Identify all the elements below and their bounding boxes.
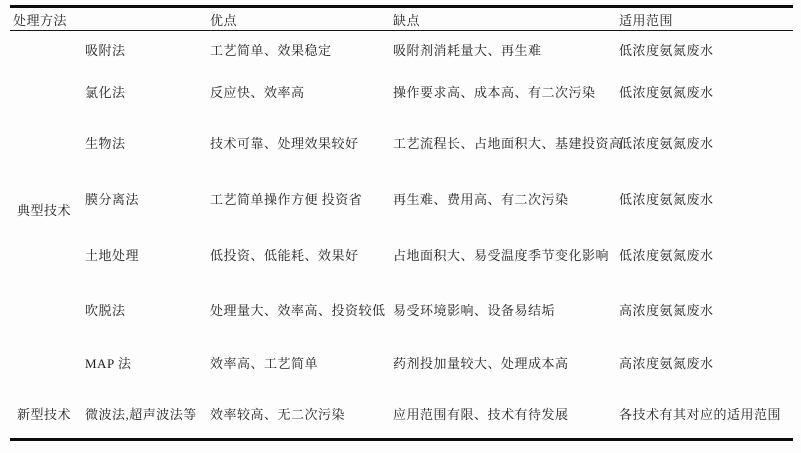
disadvantages-cell: 吸附剂消耗量大、再生难 [393, 31, 619, 68]
scope-cell: 各技术有其对应的适用范围 [619, 389, 793, 440]
scope-cell: 低浓度氨氮废水 [619, 31, 793, 68]
header-row: 处理方法 优点 缺点 适用范围 [10, 7, 793, 31]
advantages-cell: 效率较高、无二次污染 [210, 389, 393, 440]
disadvantages-cell: 应用范围有限、技术有待发展 [393, 389, 619, 440]
header-method: 处理方法 [10, 7, 210, 31]
advantages-cell: 反应快、效率高 [210, 68, 393, 116]
treatment-methods-comparison-table: 处理方法 优点 缺点 适用范围 典型技术 吸附法 工艺简单、效果稳定 吸附剂消耗… [10, 5, 793, 441]
advantages-cell: 处理量大、效率高、投资较低 [210, 282, 393, 337]
table-row: 新型技术 微波法,超声波法等 效率较高、无二次污染 应用范围有限、技术有待发展 … [10, 389, 793, 440]
table-row: 膜分离法 工艺简单操作方便 投资省 再生难、费用高、有二次污染 低浓度氨氮废水 [10, 170, 793, 227]
table-row: 典型技术 吸附法 工艺简单、效果稳定 吸附剂消耗量大、再生难 低浓度氨氮废水 [10, 31, 793, 68]
scope-cell: 低浓度氨氮废水 [619, 170, 793, 227]
advantages-cell: 效率高、工艺简单 [210, 337, 393, 389]
method-cell: 吹脱法 [85, 282, 210, 337]
disadvantages-cell: 占地面积大、易受温度季节变化影响 [393, 227, 619, 282]
group-label-new: 新型技术 [10, 389, 85, 440]
group-label-typical: 典型技术 [10, 31, 85, 389]
scope-cell: 低浓度氨氮废水 [619, 68, 793, 116]
scope-cell: 高浓度氨氮废水 [619, 282, 793, 337]
scope-cell: 高浓度氨氮废水 [619, 337, 793, 389]
scope-cell: 低浓度氨氮废水 [619, 116, 793, 170]
table-row: 生物法 技术可靠、处理效果较好 工艺流程长、占地面积大、基建投资高 低浓度氨氮废… [10, 116, 793, 170]
header-disadvantages: 缺点 [393, 7, 619, 31]
advantages-cell: 低投资、低能耗、效果好 [210, 227, 393, 282]
advantages-cell: 技术可靠、处理效果较好 [210, 116, 393, 170]
advantages-cell: 工艺简单操作方便 投资省 [210, 170, 393, 227]
table-row: MAP 法 效率高、工艺简单 药剂投加量较大、处理成本高 高浓度氨氮废水 [10, 337, 793, 389]
table-row: 吹脱法 处理量大、效率高、投资较低 易受环境影响、设备易结垢 高浓度氨氮废水 [10, 282, 793, 337]
disadvantages-cell: 操作要求高、成本高、有二次污染 [393, 68, 619, 116]
disadvantages-cell: 易受环境影响、设备易结垢 [393, 282, 619, 337]
method-cell: 氯化法 [85, 68, 210, 116]
header-advantages: 优点 [210, 7, 393, 31]
method-cell: 土地处理 [85, 227, 210, 282]
disadvantages-cell: 工艺流程长、占地面积大、基建投资高 [393, 116, 619, 170]
disadvantages-cell: 药剂投加量较大、处理成本高 [393, 337, 619, 389]
method-cell: 微波法,超声波法等 [85, 389, 210, 440]
method-cell: MAP 法 [85, 337, 210, 389]
method-cell: 生物法 [85, 116, 210, 170]
advantages-cell: 工艺简单、效果稳定 [210, 31, 393, 68]
disadvantages-cell: 再生难、费用高、有二次污染 [393, 170, 619, 227]
table-row: 氯化法 反应快、效率高 操作要求高、成本高、有二次污染 低浓度氨氮废水 [10, 68, 793, 116]
header-scope: 适用范围 [619, 7, 793, 31]
method-cell: 吸附法 [85, 31, 210, 68]
method-cell: 膜分离法 [85, 170, 210, 227]
table-row: 土地处理 低投资、低能耗、效果好 占地面积大、易受温度季节变化影响 低浓度氨氮废… [10, 227, 793, 282]
scope-cell: 低浓度氨氮废水 [619, 227, 793, 282]
paper-table-page: 处理方法 优点 缺点 适用范围 典型技术 吸附法 工艺简单、效果稳定 吸附剂消耗… [0, 0, 801, 453]
